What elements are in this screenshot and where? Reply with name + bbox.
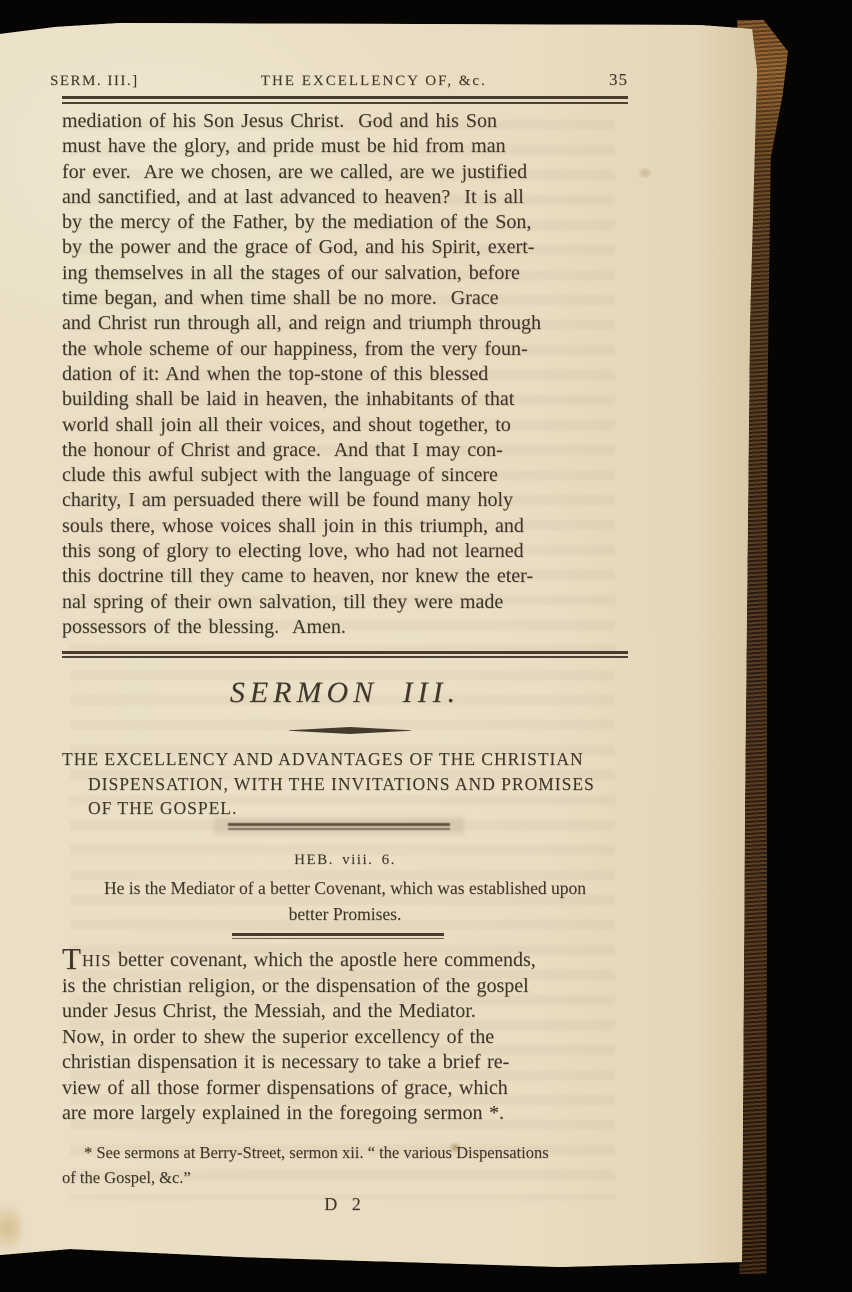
opening-first-line: THIS better covenant, which the apostle …	[62, 948, 662, 974]
opening-first-line-text: better covenant, which the apostle here …	[112, 949, 536, 971]
page-number: 35	[609, 70, 628, 90]
drop-cap-initial: T	[62, 941, 82, 976]
footnote: * See sermons at Berry-Street, sermon xi…	[62, 1140, 662, 1190]
signature-mark: D 2	[62, 1194, 628, 1215]
opening-paragraph: THIS better covenant, which the apostle …	[62, 948, 662, 1127]
running-header: SERM. III.] THE EXCELLENCY OF, &c. 35	[50, 70, 628, 90]
running-title: THE EXCELLENCY OF, &c.	[261, 73, 487, 90]
epigraph-double-rule	[232, 933, 444, 939]
scripture-epigraph: He is the Mediator of a better Covenant,…	[62, 876, 628, 927]
swelled-rule-ornament	[289, 727, 411, 734]
drop-cap-smallcaps: HIS	[82, 951, 112, 970]
section-double-rule	[62, 651, 628, 658]
paper-stain	[0, 1196, 22, 1260]
closing-paragraph: mediation of his Son Jesus Christ. God a…	[62, 109, 662, 640]
book-page: SERM. III.] THE EXCELLENCY OF, &c. 35 me…	[0, 0, 772, 1292]
header-double-rule	[62, 96, 628, 104]
sermon-number-label: SERM. III.]	[50, 73, 139, 90]
scanned-book-photo: { "header": { "left": "SERM. III.]", "ce…	[0, 0, 852, 1292]
sermon-title: THE EXCELLENCY AND ADVANTAGES OF THE CHR…	[62, 747, 642, 821]
sermon-heading: SERMON III.	[62, 676, 628, 710]
scripture-reference: HEB. viii. 6.	[62, 852, 628, 869]
title-double-rule	[228, 823, 450, 830]
opening-paragraph-lines: is the christian religion, or the dispen…	[62, 975, 529, 1125]
